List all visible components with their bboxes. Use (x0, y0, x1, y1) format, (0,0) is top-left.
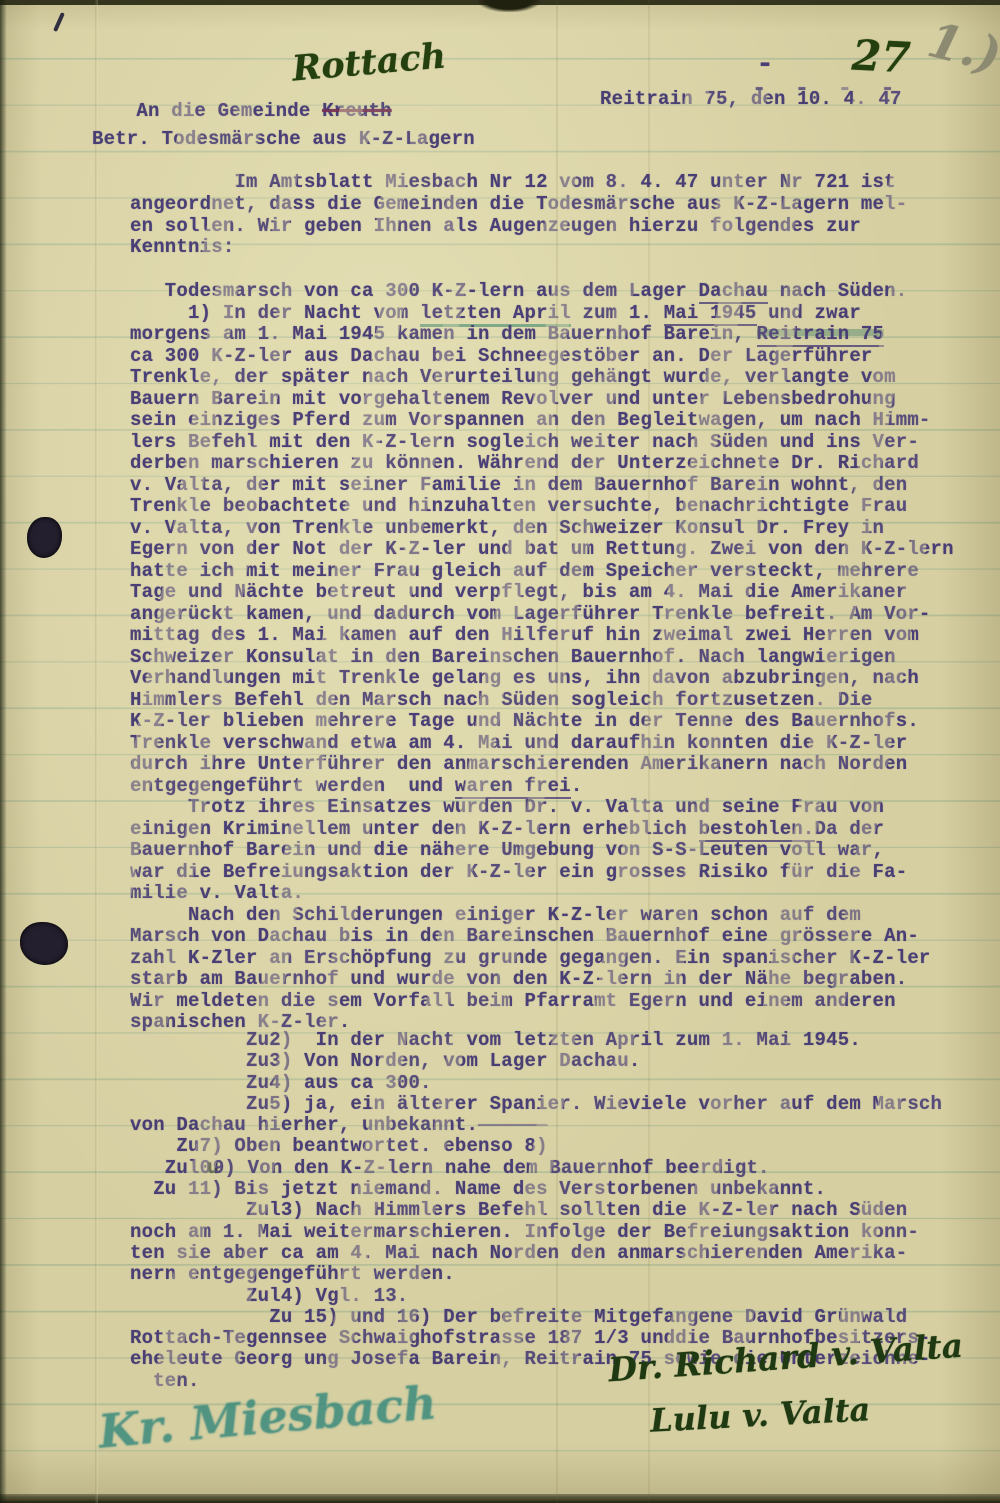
typed-line: 1) In der Nacht vom letzten April zum 1.… (130, 303, 954, 325)
signature-lulu: Lulu v. Valta (649, 1390, 871, 1439)
typed-line: nern entgegengeführt werden. (130, 1264, 942, 1285)
typed-line: lers Befehl mit den K-Z-lern sogleich we… (130, 432, 954, 454)
fold-crease-left (95, 0, 98, 1503)
intro-paragraph: Im Amtsblatt Miesbach Nr 12 vom 8. 4. 47… (130, 172, 907, 259)
typed-line: Marsch von Dachau bis in den Bareinschen… (130, 926, 954, 948)
typed-line: Wir meldeten die sem Vorfall beim Pfarra… (130, 991, 954, 1013)
typed-line: Im Amtsblatt Miesbach Nr 12 vom 8. 4. 47… (130, 172, 907, 194)
page-number: 27 (851, 31, 912, 83)
document-page: An die Gemeinde Kreuth Rottach Reitrain … (0, 0, 1000, 1503)
typed-line: en sollen. Wir geben Ihnen als Augenzeug… (130, 216, 907, 238)
hole-punch-bottom (20, 922, 68, 965)
typed-line: Todesmarsch von ca 300 K-Z-lern aus dem … (130, 281, 954, 303)
typed-line: mittag des 1. Mai kamen auf den Hilferuf… (130, 625, 954, 647)
hole-punch-top (27, 517, 62, 558)
typed-line: Zul0u9) Von den K-Z-lern nahe dem Bauern… (130, 1158, 942, 1179)
typed-line: angerückt kamen, und dadurch vom Lagerfü… (130, 604, 954, 626)
typed-line: Zu3) Von Norden, vom Lager Dachau. (130, 1051, 942, 1072)
typed-line: ca 300 K-Z-ler aus Dachau bei Schneegest… (130, 346, 954, 368)
typed-line: Zu 15) und 16) Der befreite Mitgefangene… (130, 1307, 942, 1328)
handwritten-correction: Rottach (291, 35, 448, 89)
typed-line: Zu 11) Bis jetzt niemand. Name des Verst… (130, 1179, 942, 1200)
pen-mark-top-left (53, 12, 65, 32)
typed-segment-u: Mai 1945 (664, 302, 757, 326)
typed-line: Verhandlungen mit Trenkle gelang es uns,… (130, 668, 954, 690)
typed-line: milie v. Valta. (130, 883, 954, 905)
bottom-edge-shadow (0, 1494, 1000, 1503)
typed-line: K-Z-ler blieben mehrere Tage und Nächte … (130, 711, 954, 733)
typed-line: Kenntnis: (130, 237, 907, 259)
typed-line: v. Valta, der mit seiner Familie in dem … (130, 475, 954, 497)
typed-line: durch ihre Unterführer den anmarschieren… (130, 754, 954, 776)
typed-segment-u: waren frei (455, 775, 571, 799)
subject-line: Betr. Todesmärsche aus K-Z-Lagern (92, 128, 475, 150)
typed-line: hatte ich mit meiner Frau gleich auf dem… (130, 561, 954, 583)
typed-line: Zul3) Nach Himmlers Befehl sollten die K… (130, 1200, 942, 1221)
typed-line: Zu5) ja, ein älterer Spanier. Wieviele v… (130, 1094, 942, 1115)
recipient-prefix: An die Gemeinde (136, 100, 322, 122)
typed-line: angeordnet, dass die Gemeinden die Todes… (130, 194, 907, 216)
corner-mark: 1.) (922, 12, 1000, 84)
typed-line: Bauernhof Barein und die nähere Umgebung… (130, 840, 954, 862)
typed-line: Zu7) Oben beantwortet. ebenso 8) (130, 1136, 942, 1157)
typed-line: einigen Kriminellem unter den K-Z-lern e… (130, 819, 954, 841)
typed-segment-u: bestohlen. (699, 818, 815, 842)
typed-line: Schweizer Konsulat in den Bareinschen Ba… (130, 647, 954, 669)
typed-segment-ov: u (207, 1157, 219, 1179)
dash-row: - - - - (752, 76, 902, 103)
typed-line: Bauern Barein mit vorgehaltenem Revolver… (130, 389, 954, 411)
top-edge-blob (478, 0, 540, 12)
typed-line: zahl K-Zler an Erschöpfung zu grunde geg… (130, 948, 954, 970)
typed-segment-u: Dachau (699, 280, 769, 304)
typed-line: derben marschieren zu können. Während de… (130, 453, 954, 475)
typed-line: Trenkle verschwand etwa am 4. Mai und da… (130, 733, 954, 755)
typed-line: Zul4) Vgl. 13. (130, 1286, 942, 1307)
typed-segment-gu: Reitrain 75 (757, 323, 885, 347)
main-body: Todesmarsch von ca 300 K-Z-lern aus dem … (130, 281, 954, 1034)
typed-line: starb am Bauernhof und wurde von den K-Z… (130, 969, 954, 991)
typed-line: Egern von der Not der K-Z-ler und bat um… (130, 539, 954, 561)
typed-line: morgens am 1. Mai 1945 kamen in dem Baue… (130, 324, 954, 346)
typed-line: v. Valta, von Trenkle unbemerkt, den Sch… (130, 518, 954, 540)
typed-line: Zu4) aus ca 300. (130, 1073, 942, 1094)
typed-line: Trenkle beobachtete und hinzuhalten vers… (130, 496, 954, 518)
typed-line: Trotz ihres Einsatzes wurden Dr. v. Valt… (130, 797, 954, 819)
typed-line: Himmlers Befehl den Marsch nach Süden so… (130, 690, 954, 712)
typed-line: Nach den Schilderungen einiger K-Z-ler w… (130, 905, 954, 927)
typed-line: Tage und Nächte betreut und verpflegt, b… (130, 582, 954, 604)
typed-line: von Dachau hierher, unbekannt.—————— (130, 1115, 942, 1136)
typed-line: ten sie aber ca am 4. Mai nach Norden de… (130, 1243, 942, 1264)
recipient-struck-text: Kreuth (322, 100, 392, 122)
typed-line: sein einziges Pferd zum Vorspannen an de… (130, 410, 954, 432)
left-edge-shadow (0, 0, 7, 1503)
typed-line: Trenkle, der später nach Verurteilung ge… (130, 367, 954, 389)
typed-line: entgegengeführt werden und waren frei. (130, 776, 954, 798)
typed-segment-f: —————— (478, 1114, 548, 1136)
typed-line: noch am 1. Mai weitermarschieren. Infolg… (130, 1222, 942, 1243)
typed-line: Zu2) In der Nacht vom letzten April zum … (130, 1030, 942, 1051)
typed-line: war die Befreiungsaktion der K-Z-ler ein… (130, 862, 954, 884)
